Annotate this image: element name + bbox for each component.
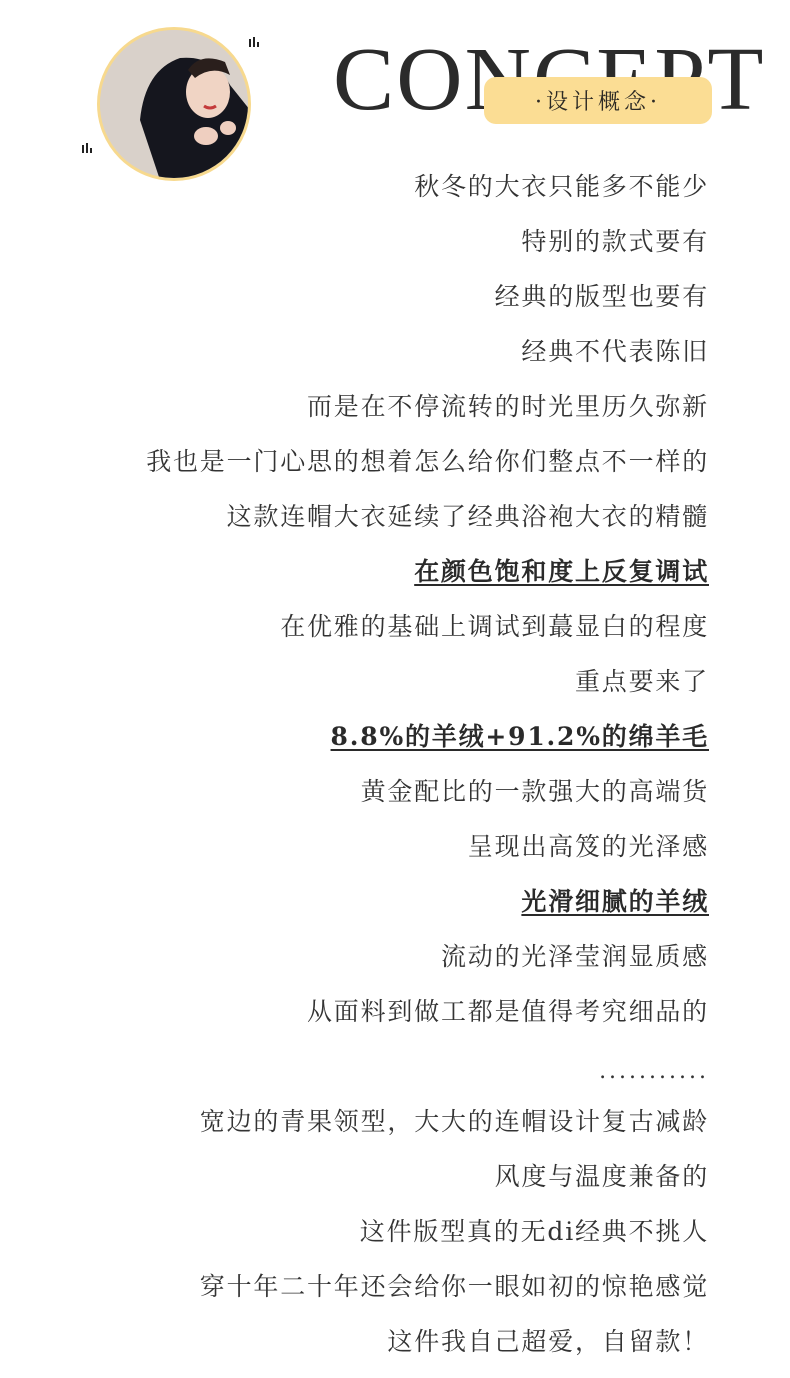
copy-line: 经典不代表陈旧: [69, 332, 709, 387]
portrait-image: [100, 30, 248, 178]
copy-line-highlight: 光滑细腻的羊绒: [69, 882, 709, 937]
copy-line: 秋冬的大衣只能多不能少: [69, 167, 709, 222]
copy-line: 穿十年二十年还会给你一眼如初的惊艳感觉: [69, 1267, 709, 1322]
copy-line: 呈现出高笈的光泽感: [69, 827, 709, 882]
copy-line: 我也是一门心思的想着怎么给你们整点不一样的: [69, 442, 709, 497]
concept-copy: 秋冬的大衣只能多不能少 特别的款式要有 经典的版型也要有 经典不代表陈旧 而是在…: [69, 167, 709, 1377]
design-concept-badge: ·设计概念·: [484, 77, 712, 124]
copy-line: 黄金配比的一款强大的高端货: [69, 772, 709, 827]
copy-line: 风度与温度兼备的: [69, 1157, 709, 1212]
ellipsis-divider: ...........: [69, 1047, 709, 1102]
copy-line: 重点要来了: [69, 662, 709, 717]
sound-bars-icon: [249, 37, 259, 47]
copy-line-highlight: 8.8%的羊绒+91.2%的绵羊毛: [69, 717, 709, 772]
copy-line: 特别的款式要有: [69, 222, 709, 277]
copy-line: 从面料到做工都是值得考究细品的: [69, 992, 709, 1047]
copy-line: 而是在不停流转的时光里历久弥新: [69, 387, 709, 442]
avatar: [97, 27, 251, 181]
copy-line: 宽边的青果领型，大大的连帽设计复古减龄: [69, 1102, 709, 1157]
copy-line: 这件我自己超爱，自留款！: [69, 1322, 709, 1377]
copy-line: 经典的版型也要有: [69, 277, 709, 332]
copy-line: 流动的光泽莹润显质感: [69, 937, 709, 992]
sound-bars-icon: [82, 143, 92, 153]
copy-line-highlight: 在颜色饱和度上反复调试: [69, 552, 709, 607]
copy-line: 在优雅的基础上调试到蕞显白的程度: [69, 607, 709, 662]
copy-line: 这件版型真的无di经典不挑人: [69, 1212, 709, 1267]
copy-line: 这款连帽大衣延续了经典浴袍大衣的精髓: [69, 497, 709, 552]
